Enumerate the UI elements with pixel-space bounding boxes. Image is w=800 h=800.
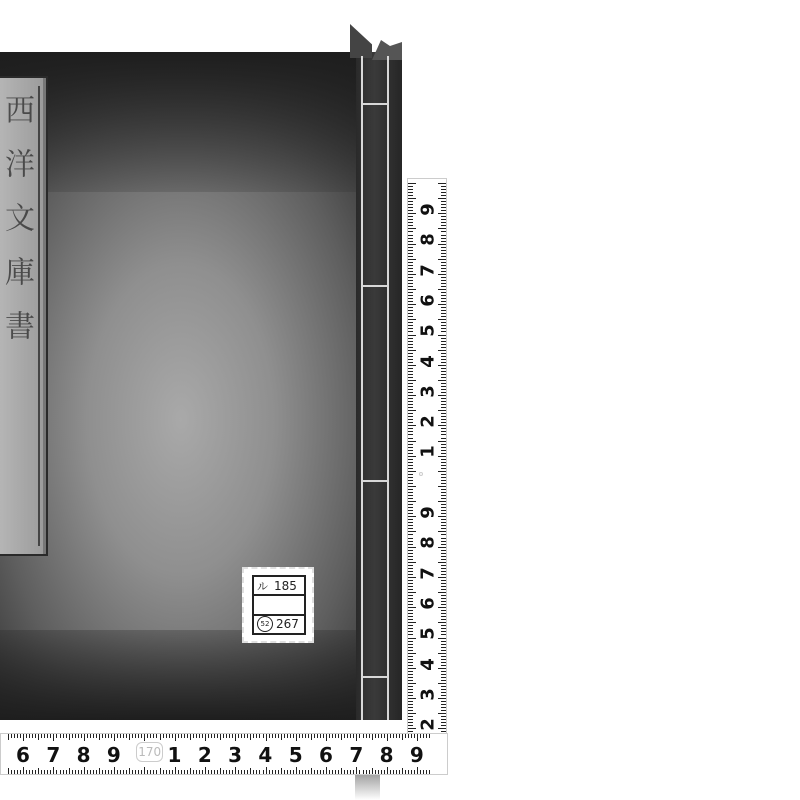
ruler-tick [441, 216, 446, 217]
ruler-tick [259, 770, 260, 774]
ruler-tick [441, 534, 446, 535]
ruler-tick [408, 395, 416, 396]
ruler-tick [408, 268, 413, 269]
ruler-tick [408, 671, 413, 672]
ruler-tick [441, 465, 446, 466]
ruler-tick [441, 192, 446, 193]
ruler-tick [244, 734, 245, 738]
ruler-tick [184, 734, 185, 738]
ruler-tick [441, 277, 446, 278]
ruler-tick [408, 310, 413, 311]
ruler-tick [408, 441, 416, 442]
ruler-tick [441, 398, 446, 399]
ruler-tick [408, 577, 416, 578]
ruler-tick [408, 677, 413, 678]
ruler-tick [11, 770, 12, 774]
ruler-tick [408, 356, 413, 357]
ruler-tick [441, 265, 446, 266]
ruler-tick [408, 401, 413, 402]
ruler-tick [441, 298, 446, 299]
ruler-tick [408, 683, 416, 684]
ruler-tick [441, 595, 446, 596]
ruler-tick [408, 228, 416, 229]
ruler-tick [38, 734, 39, 740]
ruler-tick [117, 734, 118, 738]
ruler-tick [441, 613, 446, 614]
ruler-tick [408, 568, 413, 569]
ruler-tick [408, 434, 413, 435]
ruler-tick [408, 265, 413, 266]
ruler-number: 9 [418, 503, 439, 523]
ruler-tick [408, 286, 413, 287]
ruler-tick [105, 770, 106, 774]
ruler-tick [408, 710, 413, 711]
ruler-tick [78, 770, 79, 774]
ruler-number: 7 [346, 743, 366, 767]
ruler-tick [441, 507, 446, 508]
ruler-tick [375, 770, 376, 774]
ruler-tick [408, 631, 413, 632]
ruler-tick [305, 770, 306, 774]
ruler-tick [296, 734, 297, 741]
ruler-tick [396, 770, 397, 774]
ruler-tick [408, 692, 413, 693]
ruler-tick [302, 770, 303, 774]
ruler-tick [408, 438, 413, 439]
ruler-tick [441, 186, 446, 187]
ruler-tick [63, 770, 64, 774]
ruler-tick [441, 550, 446, 551]
ruler-tick [441, 492, 446, 493]
ruler-tick [344, 770, 345, 774]
ruler-tick [160, 768, 161, 774]
cover-dark-top [0, 52, 360, 192]
ruler-tick [408, 210, 413, 211]
ruler-number: 3 [225, 743, 245, 767]
ruler-tick [408, 550, 413, 551]
ruler-tick [50, 734, 51, 738]
ruler-tick [120, 734, 121, 738]
ruler-tick [144, 734, 145, 741]
ruler-tick [441, 247, 446, 248]
ruler-tick [441, 601, 446, 602]
ruler-number: 4 [418, 351, 439, 371]
ruler-tick [438, 683, 446, 684]
ruler-tick [441, 716, 446, 717]
ruler-tick [326, 734, 327, 741]
ruler-tick [408, 510, 413, 511]
ruler-tick [408, 304, 416, 305]
ruler-tick [408, 534, 413, 535]
ruler-tick [138, 770, 139, 774]
ruler-tick [408, 565, 413, 566]
ruler-tick [193, 770, 194, 774]
ruler-tick [66, 770, 67, 774]
ruler-tick [408, 674, 413, 675]
ruler-tick [126, 734, 127, 738]
ruler-tick [175, 734, 176, 741]
ruler-tick [263, 734, 264, 738]
ruler-tick [441, 328, 446, 329]
ruler-tick [302, 734, 303, 738]
ruler-tick [408, 338, 413, 339]
ruler-tick [441, 710, 446, 711]
ruler-tick [441, 662, 446, 663]
ruler-tick [150, 770, 151, 774]
ruler-tick [408, 650, 413, 651]
ruler-tick [408, 292, 413, 293]
ruler-tick [441, 553, 446, 554]
ruler-tick [408, 377, 413, 378]
ruler-tick [441, 222, 446, 223]
ruler-tick [408, 428, 413, 429]
ruler-tick [44, 734, 45, 738]
ruler-tick [426, 734, 427, 738]
ruler-tick [441, 519, 446, 520]
ruler-number: 8 [377, 743, 397, 767]
ruler-tick [441, 498, 446, 499]
ruler-tick [202, 734, 203, 738]
ruler-tick [408, 644, 413, 645]
ruler-tick [408, 404, 413, 405]
ruler-tick [341, 734, 342, 740]
ruler-tick [196, 734, 197, 738]
ruler-tick [408, 680, 413, 681]
ruler-tick [8, 768, 9, 774]
ruler-tick [441, 680, 446, 681]
ruler-tick [408, 719, 413, 720]
ruler-tick [441, 295, 446, 296]
ruler-tick [408, 235, 413, 236]
ruler-tick [408, 283, 413, 284]
ruler-tick [396, 734, 397, 738]
ruler-tick [408, 198, 416, 199]
ruler-tick [229, 734, 230, 738]
ruler-tick [441, 447, 446, 448]
ruler-tick [32, 734, 33, 738]
ruler-tick [323, 734, 324, 738]
ruler-tick [408, 522, 413, 523]
ruler-tick [441, 568, 446, 569]
ruler-tick [241, 734, 242, 738]
ruler-tick [326, 767, 327, 774]
ruler-tick [441, 322, 446, 323]
ruler-tick [408, 610, 413, 611]
ruler-tick [441, 313, 446, 314]
ruler-tick [408, 489, 413, 490]
ruler-tick [338, 770, 339, 774]
ruler-tick [135, 770, 136, 774]
ruler-tick [441, 438, 446, 439]
ruler-tick [441, 271, 446, 272]
ruler-tick [132, 770, 133, 774]
ruler-tick [441, 462, 446, 463]
ruler-tick [408, 410, 416, 411]
ruler-tick [335, 770, 336, 774]
ruler-tick [99, 768, 100, 774]
ruler-tick [14, 734, 15, 738]
ruler-tick [72, 770, 73, 774]
ruler-tick [441, 231, 446, 232]
ruler-tick [441, 725, 446, 726]
ruler-tick [141, 770, 142, 774]
ruler-tick [272, 734, 273, 738]
ruler-tick [438, 350, 446, 351]
ruler-tick [393, 770, 394, 774]
title-slip-text: 西洋文庫書 [2, 94, 38, 364]
ruler-number: 7 [418, 260, 439, 280]
ruler-tick [47, 770, 48, 774]
stamp-icon: 52 [257, 616, 273, 632]
ruler-tick [144, 767, 145, 774]
ruler-tick [378, 734, 379, 738]
ruler-tick [438, 319, 446, 320]
ruler-tick [220, 734, 221, 740]
ruler-tick [250, 768, 251, 774]
ruler-tick [284, 734, 285, 738]
ruler-tick [408, 186, 413, 187]
ruler-tick [90, 770, 91, 774]
ruler-tick [96, 770, 97, 774]
ruler-tick [408, 341, 413, 342]
ruler-tick [441, 634, 446, 635]
ruler-tick [278, 770, 279, 774]
ruler-tick [441, 589, 446, 590]
ruler-tick [187, 770, 188, 774]
ruler-tick [408, 659, 413, 660]
ruler-tick [199, 770, 200, 774]
ruler-tick [375, 734, 376, 738]
ruler-tick [29, 770, 30, 774]
ruler-tick [408, 728, 416, 729]
ruler-tick [135, 734, 136, 738]
ruler-tick [408, 216, 413, 217]
ruler-tick [238, 770, 239, 774]
ruler-tick [441, 571, 446, 572]
ruler-tick [408, 471, 416, 472]
ruler-tick [408, 668, 416, 669]
ruler-tick [438, 380, 446, 381]
ruler-tick [217, 770, 218, 774]
ruler-marker-170: 170 [136, 742, 163, 762]
ruler-tick [441, 644, 446, 645]
cover-dark-bottom [0, 630, 360, 720]
ruler-tick [408, 770, 409, 774]
ruler-tick [235, 734, 236, 741]
binding-thread-stitch [361, 285, 389, 287]
ruler-number: 9 [407, 743, 427, 767]
ruler-tick [105, 734, 106, 738]
ruler-tick [408, 607, 416, 608]
ruler-tick [190, 734, 191, 740]
ruler-tick [205, 734, 206, 741]
ruler-tick [17, 770, 18, 774]
ruler-tick [441, 347, 446, 348]
ruler-tick [438, 713, 446, 714]
ruler-tick [150, 734, 151, 738]
ruler-tick [178, 734, 179, 738]
ruler-tick [408, 425, 416, 426]
ruler-tick [423, 734, 424, 738]
ruler-tick [408, 241, 413, 242]
ruler-tick [93, 734, 94, 738]
ruler-tick [438, 698, 446, 699]
ruler-tick [108, 770, 109, 774]
ruler-tick [441, 722, 446, 723]
ruler-tick [408, 538, 413, 539]
ruler-tick [408, 698, 416, 699]
ruler-tick [408, 722, 413, 723]
ruler-number: 1 [418, 442, 439, 462]
ruler-tick [156, 734, 157, 738]
ruler-tick [235, 767, 236, 774]
ruler-tick [408, 431, 413, 432]
ruler-tick [441, 538, 446, 539]
ruler-tick [332, 734, 333, 738]
ruler-tick [408, 634, 413, 635]
ruler-tick [350, 770, 351, 774]
ruler-tick [438, 638, 446, 639]
ruler-tick [172, 734, 173, 738]
ruler-tick [408, 219, 413, 220]
spine-corner-tear [350, 24, 372, 58]
ruler-tick [408, 504, 413, 505]
binding-thread-stitch [361, 676, 389, 678]
ruler-tick [438, 653, 446, 654]
ruler-tick [75, 770, 76, 774]
ruler-tick [335, 734, 336, 738]
ruler-tick [441, 256, 446, 257]
ruler-tick [41, 734, 42, 738]
ruler-tick [408, 516, 416, 517]
ruler-tick [408, 613, 413, 614]
ruler-tick [441, 692, 446, 693]
ruler-tick [438, 395, 446, 396]
ruler-tick [169, 770, 170, 774]
ruler-tick [305, 734, 306, 738]
ruler-tick [441, 689, 446, 690]
ruler-tick [223, 734, 224, 738]
ruler-tick [93, 770, 94, 774]
ruler-tick [275, 770, 276, 774]
ruler-tick [408, 244, 416, 245]
ruler-tick [408, 595, 413, 596]
ruler-tick [441, 610, 446, 611]
ruler-tick [214, 734, 215, 738]
ruler-tick [26, 770, 27, 774]
ruler-tick [87, 734, 88, 738]
ruler-tick [438, 213, 446, 214]
ruler-tick [120, 770, 121, 774]
ruler-tick [441, 204, 446, 205]
ruler-tick [147, 770, 148, 774]
ruler-tick [408, 513, 413, 514]
ruler-tick [323, 770, 324, 774]
ruler-tick [178, 770, 179, 774]
ruler-tick [408, 559, 413, 560]
ruler-tick [441, 235, 446, 236]
ruler-tick [8, 734, 9, 740]
ruler-tick [229, 770, 230, 774]
ruler-tick [184, 770, 185, 774]
ruler-tick [408, 528, 413, 529]
ruler-tick [441, 422, 446, 423]
ruler-tick [126, 770, 127, 774]
ruler-number: 7 [43, 743, 63, 767]
ruler-tick [23, 734, 24, 741]
ruler-tick [266, 767, 267, 774]
ruler-tick [350, 734, 351, 738]
ruler-tick [238, 734, 239, 738]
ruler-tick [441, 434, 446, 435]
ruler-tick [408, 486, 416, 487]
ruler-tick [187, 734, 188, 738]
ruler-tick [408, 713, 416, 714]
ruler-tick [408, 695, 413, 696]
label-row-1: ル 185 [254, 577, 304, 596]
ruler-tick [356, 734, 357, 741]
ruler-tick [314, 770, 315, 774]
ruler-tick [441, 480, 446, 481]
ruler-tick [441, 401, 446, 402]
ruler-tick [408, 474, 413, 475]
ruler-tick [438, 183, 446, 184]
ruler-tick [408, 689, 413, 690]
ruler-tick [441, 353, 446, 354]
ruler-tick [408, 628, 413, 629]
ruler-tick [366, 770, 367, 774]
ruler-tick [353, 770, 354, 774]
ruler-tick [253, 770, 254, 774]
ruler-tick [217, 734, 218, 738]
ruler-tick [441, 413, 446, 414]
ruler-tick [408, 725, 413, 726]
ruler-tick [247, 734, 248, 738]
ruler-tick [387, 767, 388, 774]
ruler-tick [75, 734, 76, 738]
ruler-tick [408, 225, 413, 226]
ruler-tick [123, 770, 124, 774]
ruler-tick [241, 770, 242, 774]
ruler-tick [438, 274, 446, 275]
ruler-tick [417, 767, 418, 774]
ruler-tick [408, 583, 413, 584]
ruler-tick [17, 734, 18, 738]
ruler-tick [53, 767, 54, 774]
ruler-tick [102, 734, 103, 738]
ruler-tick [441, 489, 446, 490]
ruler-tick [420, 770, 421, 774]
ruler-tick [441, 331, 446, 332]
ruler-tick [181, 734, 182, 738]
ruler-tick [226, 770, 227, 774]
ruler-tick [408, 213, 416, 214]
ruler-tick [438, 577, 446, 578]
ruler-tick [408, 313, 413, 314]
ruler-tick [408, 462, 413, 463]
ruler-tick [441, 701, 446, 702]
ruler-tick [284, 770, 285, 774]
ruler-tick [408, 389, 413, 390]
ruler-tick [408, 328, 413, 329]
ruler-tick [90, 734, 91, 738]
ruler-tick [123, 734, 124, 738]
ruler-tick [441, 619, 446, 620]
ruler-tick [408, 468, 413, 469]
ruler-number: 5 [418, 321, 439, 341]
ruler-tick [226, 734, 227, 738]
ruler-tick [441, 674, 446, 675]
